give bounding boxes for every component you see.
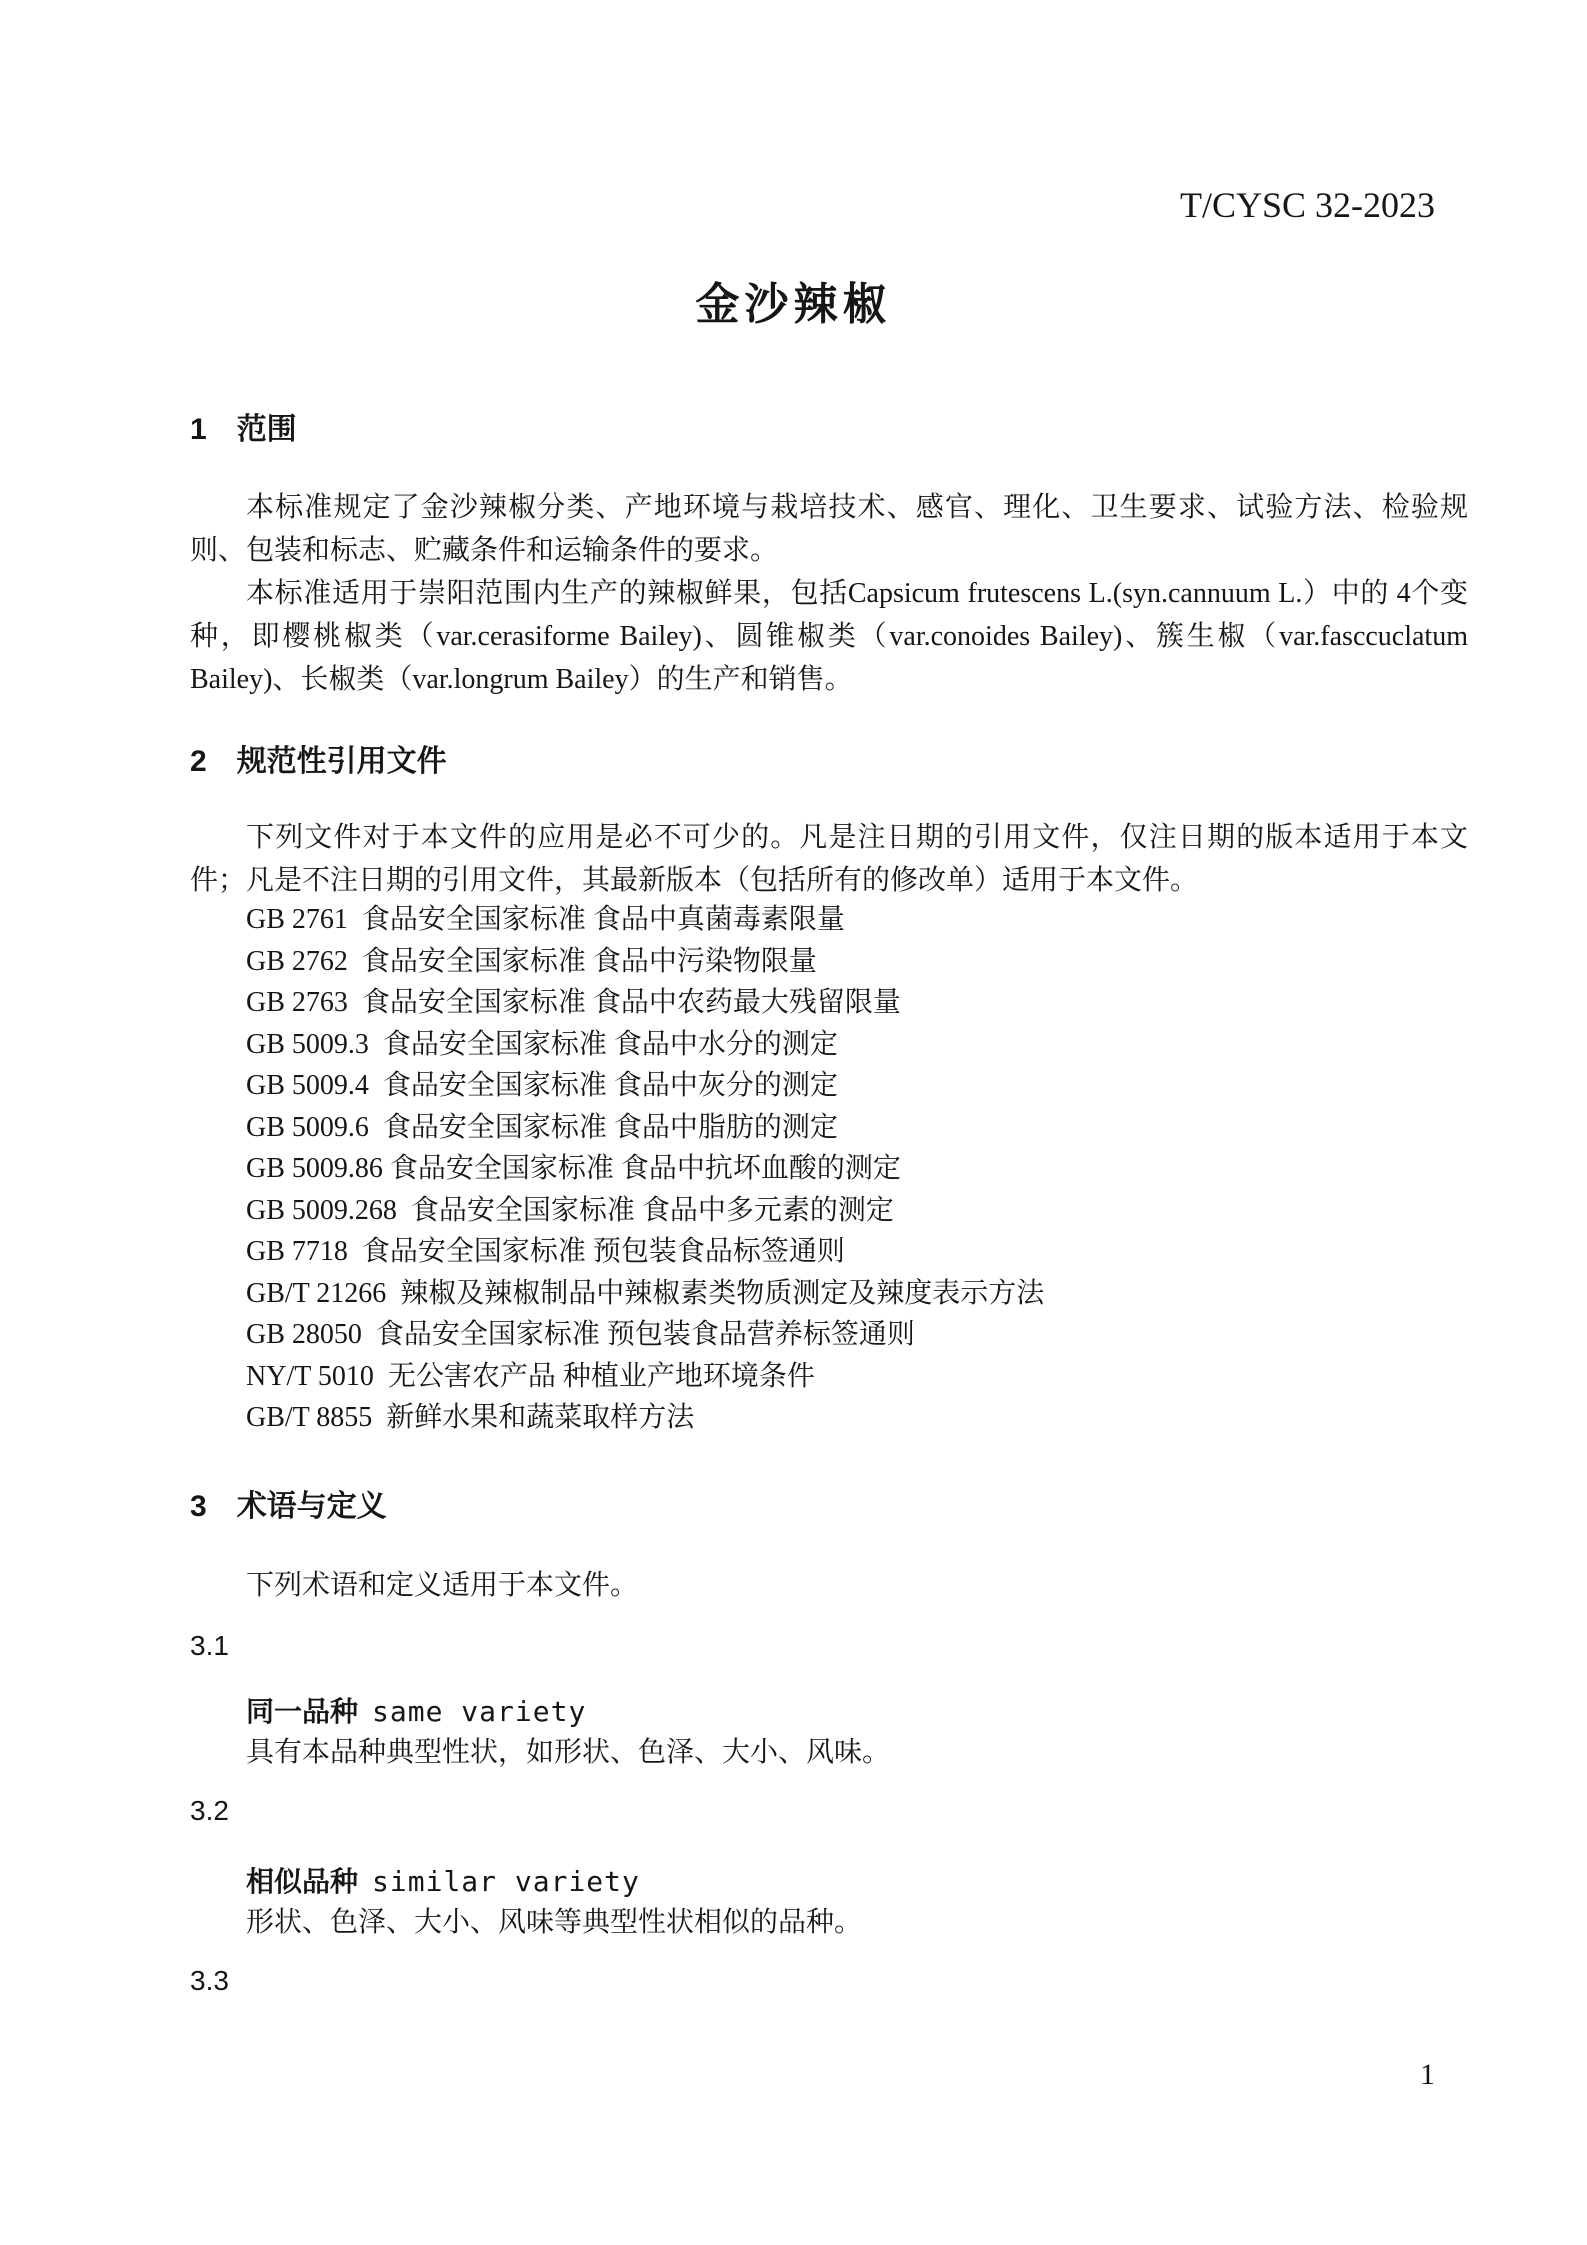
- section-1-title: 范围: [237, 413, 297, 446]
- term-3-2: 相似品种similar variety 形状、色泽、大小、风味等典型性状相似的品…: [246, 1862, 1466, 1943]
- section-1-number: 1: [190, 413, 207, 446]
- document-page: T/CYSC 32-2023 金沙辣椒 1范围 本标准规定了金沙辣椒分类、产地环…: [0, 0, 1587, 2245]
- reference-item: GB/T 21266 辣椒及辣椒制品中辣椒素类物质测定及辣度表示方法: [246, 1273, 1486, 1315]
- reference-item: GB 2763 食品安全国家标准 食品中农药最大残留限量: [246, 982, 1486, 1024]
- reference-list: GB 2761 食品安全国家标准 食品中真菌毒素限量 GB 2762 食品安全国…: [246, 899, 1486, 1439]
- reference-item: GB 2762 食品安全国家标准 食品中污染物限量: [246, 941, 1486, 983]
- section-2-number: 2: [190, 745, 207, 778]
- reference-item: NY/T 5010 无公害农产品 种植业产地环境条件: [246, 1356, 1486, 1398]
- reference-item: GB 7718 食品安全国家标准 预包装食品标签通则: [246, 1231, 1486, 1273]
- clause-number-3-2: 3.2: [190, 1795, 229, 1827]
- page-number: 1: [1420, 2058, 1435, 2092]
- term-3-1: 同一品种same variety 具有本品种典型性状，如形状、色泽、大小、风味。: [246, 1692, 1466, 1773]
- section-3-title: 术语与定义: [237, 1490, 387, 1523]
- term-3-1-title: 同一品种same variety: [246, 1692, 1466, 1733]
- term-3-2-definition: 形状、色泽、大小、风味等典型性状相似的品种。: [246, 1903, 1466, 1943]
- reference-item: GB 5009.3 食品安全国家标准 食品中水分的测定: [246, 1024, 1486, 1066]
- section-2-title: 规范性引用文件: [237, 745, 447, 778]
- normative-references-intro: 下列文件对于本文件的应用是必不可少的。凡是注日期的引用文件，仅注日期的版本适用于…: [190, 816, 1468, 902]
- reference-item: GB/T 8855 新鲜水果和蔬菜取样方法: [246, 1397, 1486, 1439]
- term-3-2-zh: 相似品种: [246, 1866, 358, 1897]
- scope-paragraph-1: 本标准规定了金沙辣椒分类、产地环境与栽培技术、感官、理化、卫生要求、试验方法、检…: [190, 486, 1468, 572]
- terms-intro: 下列术语和定义适用于本文件。: [190, 1564, 1468, 1607]
- scope-paragraphs: 本标准规定了金沙辣椒分类、产地环境与栽培技术、感官、理化、卫生要求、试验方法、检…: [190, 486, 1468, 701]
- term-3-2-title: 相似品种similar variety: [246, 1862, 1466, 1903]
- reference-item: GB 5009.86 食品安全国家标准 食品中抗坏血酸的测定: [246, 1148, 1486, 1190]
- reference-item: GB 2761 食品安全国家标准 食品中真菌毒素限量: [246, 899, 1486, 941]
- doc-number: T/CYSC 32-2023: [1180, 184, 1435, 226]
- scope-paragraph-2: 本标准适用于崇阳范围内生产的辣椒鲜果，包括Capsicum frutescens…: [190, 572, 1468, 701]
- terms-intro-wrap: 下列术语和定义适用于本文件。: [190, 1564, 1468, 1607]
- document-title: 金沙辣椒: [0, 268, 1587, 332]
- clause-number-3-3: 3.3: [190, 1965, 229, 1997]
- term-3-2-en: similar variety: [372, 1865, 640, 1898]
- reference-item: GB 5009.268 食品安全国家标准 食品中多元素的测定: [246, 1190, 1486, 1232]
- section-3-heading: 3术语与定义: [190, 1481, 387, 1525]
- term-3-1-definition: 具有本品种典型性状，如形状、色泽、大小、风味。: [246, 1733, 1466, 1773]
- clause-number-3-1: 3.1: [190, 1630, 229, 1662]
- term-3-1-zh: 同一品种: [246, 1696, 358, 1727]
- term-3-1-en: same variety: [372, 1695, 586, 1728]
- normative-references-intro-wrap: 下列文件对于本文件的应用是必不可少的。凡是注日期的引用文件，仅注日期的版本适用于…: [190, 816, 1468, 902]
- reference-item: GB 28050 食品安全国家标准 预包装食品营养标签通则: [246, 1314, 1486, 1356]
- reference-item: GB 5009.6 食品安全国家标准 食品中脂肪的测定: [246, 1107, 1486, 1149]
- section-2-heading: 2规范性引用文件: [190, 736, 447, 780]
- section-1-heading: 1范围: [190, 404, 297, 448]
- section-3-number: 3: [190, 1490, 207, 1523]
- reference-item: GB 5009.4 食品安全国家标准 食品中灰分的测定: [246, 1065, 1486, 1107]
